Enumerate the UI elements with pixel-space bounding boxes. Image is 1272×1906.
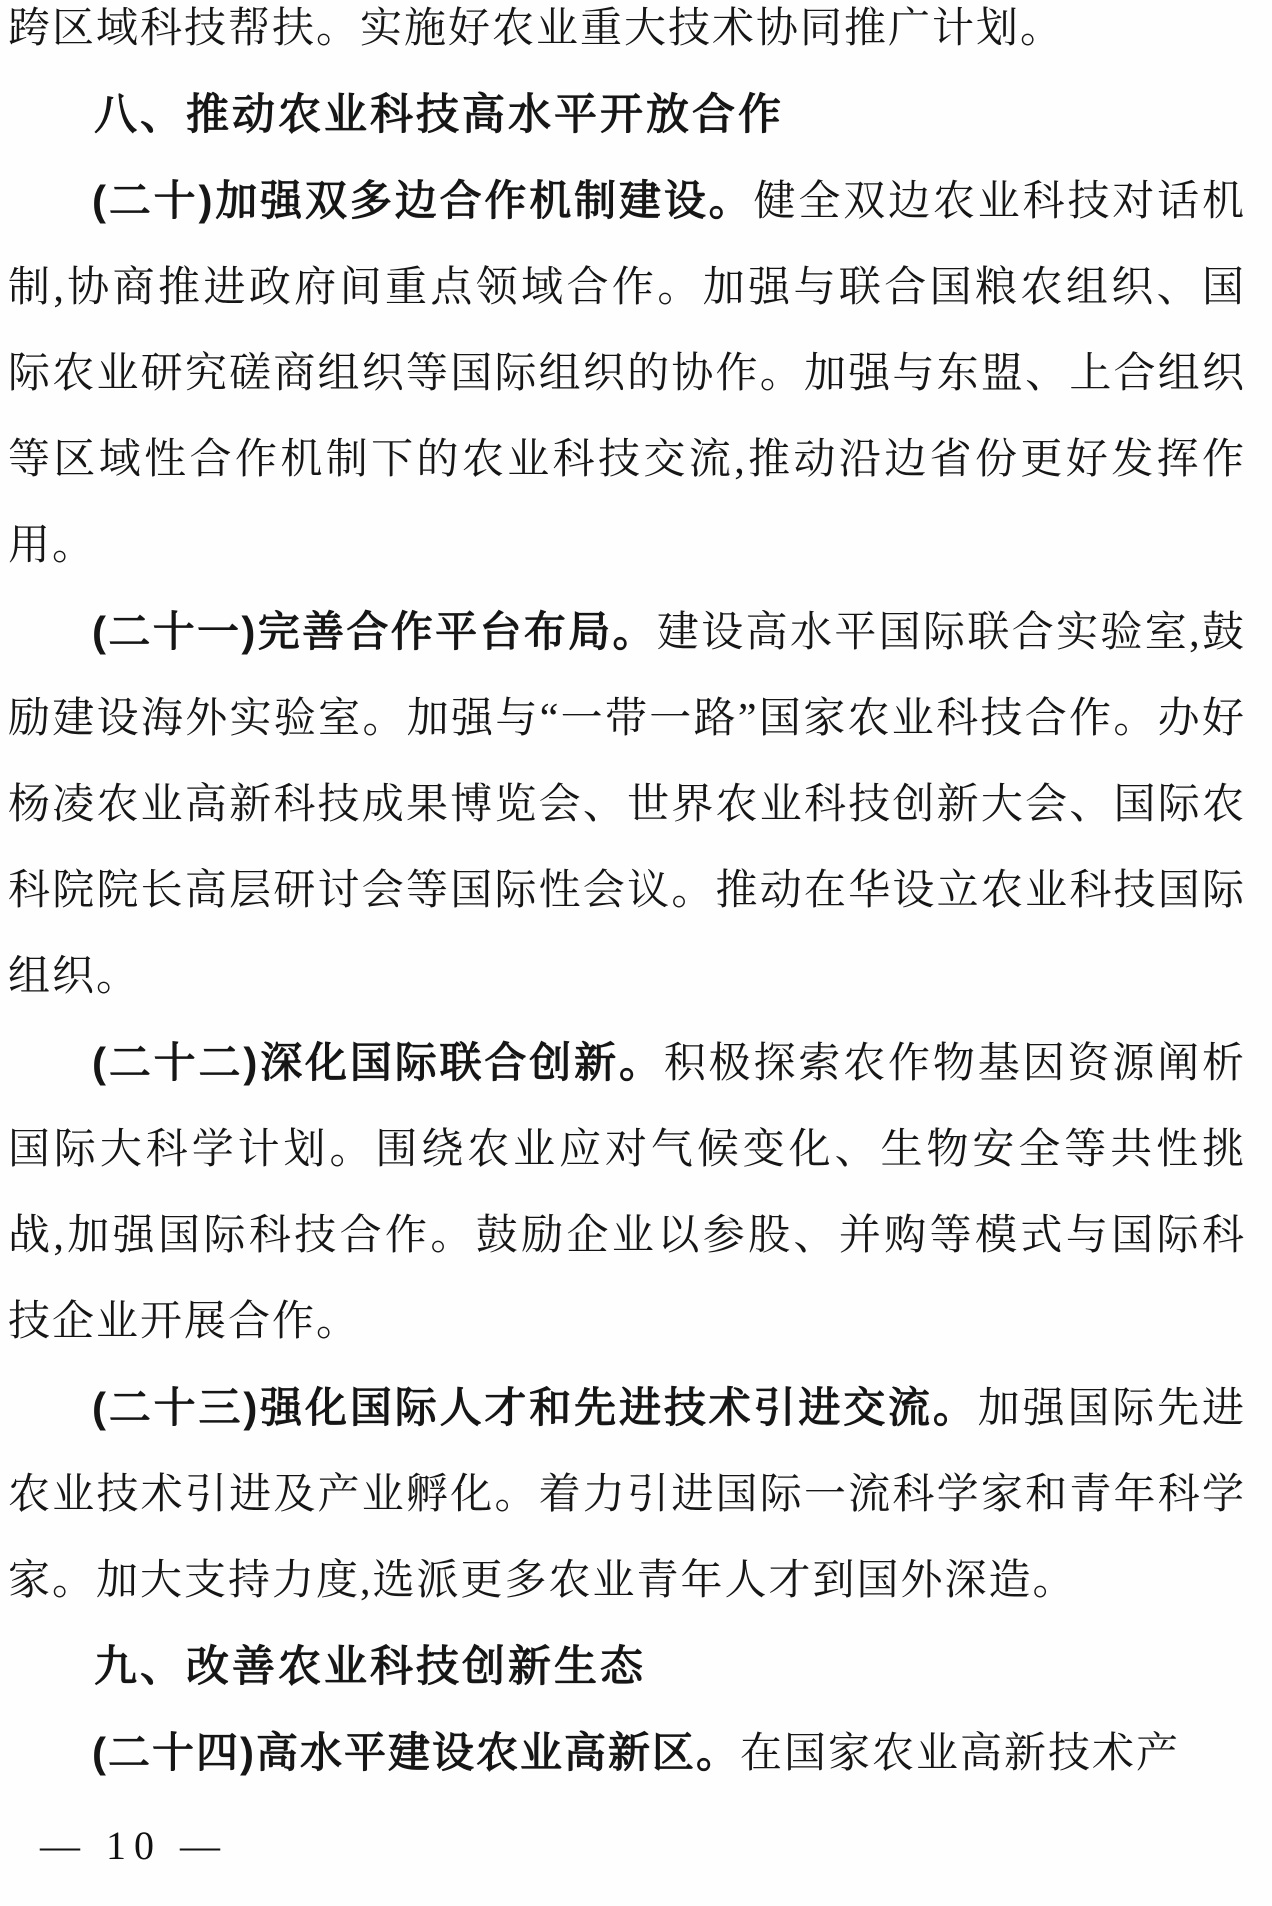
paragraph-continuation: 跨区域科技帮扶。实施好农业重大技术协同推广计划。 bbox=[8, 0, 1246, 72]
paragraph-twenty-text: 健全双边农业科技对话机制,协商推进政府间重点领域合作。加强与联合国粮农组织、国际… bbox=[8, 179, 1246, 569]
document-page: 跨区域科技帮扶。实施好农业重大技术协同推广计划。 八、推动农业科技高水平开放合作… bbox=[0, 0, 1272, 1906]
section-heading-eight: 八、推动农业科技高水平开放合作 bbox=[8, 72, 1246, 158]
document-body: 跨区域科技帮扶。实施好农业重大技术协同推广计划。 八、推动农业科技高水平开放合作… bbox=[8, 0, 1246, 1797]
paragraph-twenty-three: (二十三)强化国际人才和先进技术引进交流。加强国际先进农业技术引进及产业孵化。着… bbox=[8, 1365, 1246, 1624]
paragraph-twenty-four: (二十四)高水平建设农业高新区。在国家农业高新技术产 bbox=[8, 1710, 1246, 1797]
paragraph-twenty: (二十)加强双多边合作机制建设。健全双边农业科技对话机制,协商推进政府间重点领域… bbox=[8, 158, 1246, 589]
page-number: — 10 — bbox=[40, 1822, 228, 1869]
paragraph-twenty-two-text: 积极探索农作物基因资源阐析国际大科学计划。围绕农业应对气候变化、生物安全等共性挑… bbox=[8, 1041, 1246, 1345]
paragraph-twenty-four-text: 在国家农业高新技术产 bbox=[740, 1731, 1180, 1777]
paragraph-twenty-two-lead: (二十二)深化国际联合创新。 bbox=[92, 1039, 664, 1086]
paragraph-twenty-one: (二十一)完善合作平台布局。建设高水平国际联合实验室,鼓励建设海外实验室。加强与… bbox=[8, 589, 1246, 1020]
paragraph-twenty-one-lead: (二十一)完善合作平台布局。 bbox=[92, 608, 657, 655]
paragraph-twenty-four-lead: (二十四)高水平建设农业高新区。 bbox=[92, 1729, 740, 1776]
paragraph-twenty-one-text: 建设高水平国际联合实验室,鼓励建设海外实验室。加强与“一带一路”国家农业科技合作… bbox=[8, 610, 1246, 1000]
paragraph-twenty-lead: (二十)加强双多边合作机制建设。 bbox=[92, 177, 754, 224]
paragraph-twenty-two: (二十二)深化国际联合创新。积极探索农作物基因资源阐析国际大科学计划。围绕农业应… bbox=[8, 1020, 1246, 1365]
section-heading-nine: 九、改善农业科技创新生态 bbox=[8, 1624, 1246, 1710]
paragraph-twenty-three-lead: (二十三)强化国际人才和先进技术引进交流。 bbox=[92, 1384, 978, 1431]
